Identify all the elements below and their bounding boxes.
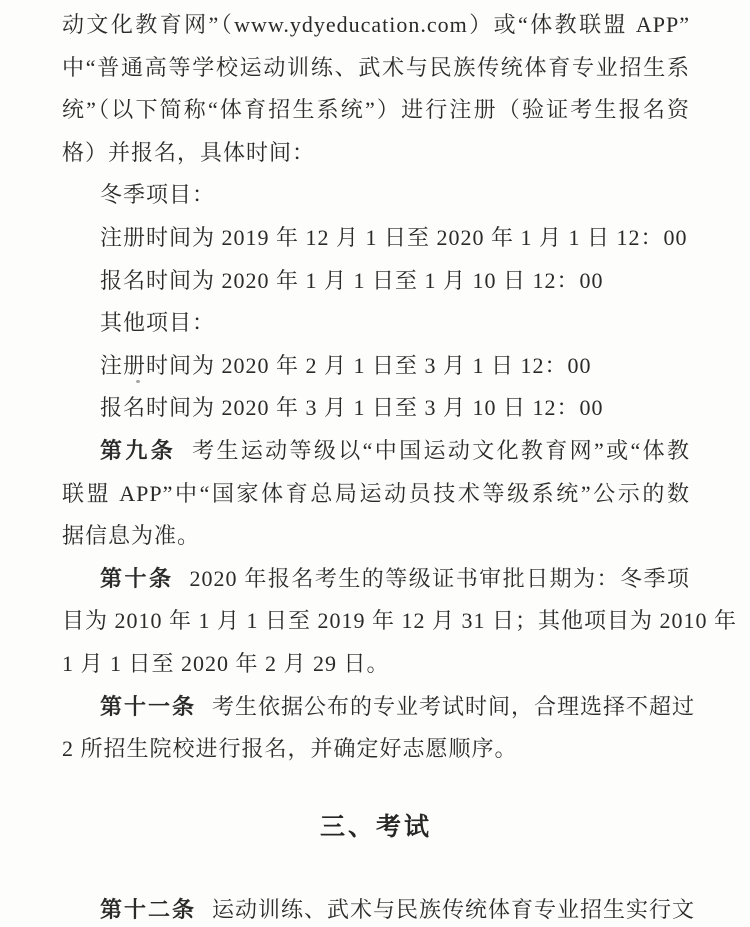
- winter-projects-label: 冬季项目：: [62, 174, 690, 217]
- intro-line-4: 格）并报名，具体时间：: [62, 132, 690, 175]
- winter-registration-time: 注册时间为 2019 年 12 月 1 日至 2020 年 1 月 1 日 12…: [62, 217, 690, 260]
- article-9-text-1: 考生运动等级以“中国运动文化教育网”或“体教: [192, 438, 690, 463]
- intro-line-2: 中“普通高等学校运动训练、武术与民族传统体育专业招生系: [62, 47, 690, 90]
- article-10-line-3: 1 月 1 日至 2020 年 2 月 29 日。: [62, 643, 690, 686]
- article-9-line-2: 联盟 APP”中“国家体育总局运动员技术等级系统”公示的数: [62, 473, 690, 516]
- article-11-line-2: 2 所招生院校进行报名，并确定好志愿顺序。: [62, 728, 690, 771]
- other-registration-time: 注册时间为 2020 年 2 月 1 日至 3 月 1 日 12：00: [62, 345, 690, 388]
- other-signup-time: 报名时间为 2020 年 3 月 1 日至 3 月 10 日 12：00: [62, 387, 690, 430]
- other-projects-label: 其他项目：: [62, 302, 690, 345]
- document-page: 动文化教育网”（www.ydyeducation.com）或“体教联盟 APP”…: [0, 0, 750, 927]
- article-11-line-1: 第十一条考生依据公布的专业考试时间，合理选择不超过: [62, 686, 690, 729]
- article-10-line-1: 第十条2020 年报名考生的等级证书审批日期为：冬季项: [62, 558, 690, 601]
- article-10-line-2: 目为 2010 年 1 月 1 日至 2019 年 12 月 31 日；其他项目…: [62, 600, 690, 643]
- article-11-number: 第十一条: [100, 694, 196, 719]
- article-9-line-1: 第九条考生运动等级以“中国运动文化教育网”或“体教: [62, 430, 690, 473]
- article-9-number: 第九条: [100, 438, 176, 463]
- article-11-text-1: 考生依据公布的专业考试时间，合理选择不超过: [212, 694, 695, 719]
- article-10-number: 第十条: [100, 566, 173, 591]
- winter-signup-time: 报名时间为 2020 年 1 月 1 日至 1 月 10 日 12：00: [62, 260, 690, 303]
- article-12-line-1: 第十二条运动训练、武术与民族传统体育专业招生实行文: [62, 889, 690, 927]
- scan-artifact-dot: [136, 380, 140, 383]
- article-9-line-3: 据信息为准。: [62, 515, 690, 558]
- document-text: 动文化教育网”（www.ydyeducation.com）或“体教联盟 APP”…: [62, 0, 690, 927]
- article-10-text-1: 2020 年报名考生的等级证书审批日期为：冬季项: [189, 566, 690, 591]
- article-12-text-1: 运动训练、武术与民族传统体育专业招生实行文: [212, 897, 695, 922]
- article-12-number: 第十二条: [100, 897, 196, 922]
- section-3-heading: 三、考试: [62, 807, 690, 847]
- intro-line-3: 统”（以下简称“体育招生系统”）进行注册（验证考生报名资: [62, 89, 690, 132]
- intro-line-1: 动文化教育网”（www.ydyeducation.com）或“体教联盟 APP”: [62, 4, 690, 47]
